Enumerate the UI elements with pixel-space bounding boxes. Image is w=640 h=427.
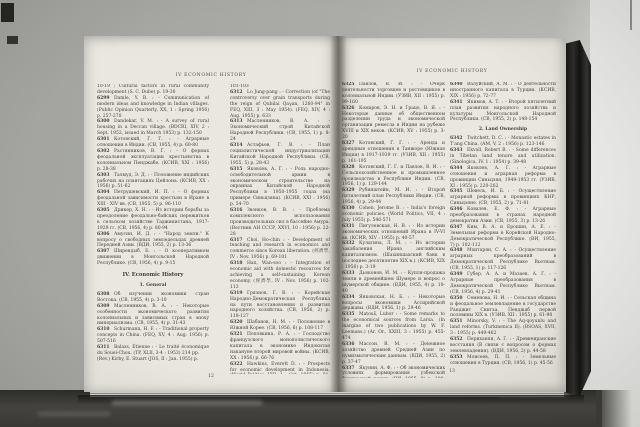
bib-entry: 6303Талмуд, Э. Д. : - Положение индийски… [97,173,209,191]
entry-number: 6299 [97,96,114,102]
entry-number: 6301 [97,137,114,143]
entry-number: 6312 [230,90,247,96]
bib-entry: 6348Мхитарян, С. А. : - Осуществление аг… [450,248,556,272]
entry-number: 6345 [450,189,467,195]
entry-number: 6311 [97,345,114,351]
entry-number: 6346 [450,207,467,213]
bib-entry: 6300Dandekar, V. M. : - A survey of rura… [97,119,209,137]
photo-artifact-mark [7,36,18,44]
bibliography-column: 6325Павлов, В. И. : - Очерк деятельности… [342,82,445,378]
bib-entry: 6341Якимов, А. Т. : - Второй пятилетний … [450,100,556,124]
entry-number: 6318 [230,261,247,267]
entry-number: 6319 [230,291,247,297]
photo-artifact-line [630,0,632,30]
entry-number: 6306 [97,232,114,238]
book-shadow [78,395,584,404]
bib-entry: 6327Котовский, Г. Г. : - Аренда и арендн… [342,141,445,165]
entry-number: 6322 [230,362,247,368]
entry-number: 6300 [97,119,114,125]
entry-number: 6351 [450,319,467,325]
bib-entry: 6301Котовский, Г. Г. : - Аграрные отноше… [97,137,209,149]
bib-entry: 6318Han, Wan-soo : - Integration of econ… [230,261,330,291]
entry-number: 6343 [450,148,467,154]
entry-number: 6313 [230,119,247,125]
bib-entry: 6342Twitchett, D. C. : - Monastic estate… [450,136,556,148]
bib-entry: 6350Семенова, Н. И. : - Сельская община … [450,296,556,320]
bib-entry: 6326Комаров, Э. Н. и Грацо, В. Я. : - Не… [342,106,445,141]
book-photo: IV ECONOMIC HISTORY 10-19 ; Cultural fac… [0,0,640,427]
bib-entry: 6334Янковская, Н. Б. : - Некоторые вопро… [342,295,445,313]
section-heading: IV. Economic History [97,273,209,279]
entry-number: 6340 [450,82,467,88]
bib-entry: 6347Ким, В. А. и Ерошин, А. Е. : - Земел… [450,225,556,249]
book-fore-edge [566,40,591,396]
section-heading: 1. General [97,283,209,289]
bib-entry: 6329Рубинштейн, М. И. : - Второй пятилет… [342,188,445,206]
running-head: IV ECONOMIC HISTORY [84,73,338,78]
entry-number: 6341 [450,100,467,106]
entry-number: 6315 [230,167,247,173]
bib-entry: 6349Губер, А. А. и Мазаев, А. Г. : - Агр… [450,272,556,296]
bib-entry: 6319Грязнов, Г. В. : - Корейская Народно… [230,291,330,321]
page-number: 13 [338,369,566,374]
entry-number: 6309 [97,304,114,310]
bib-entry: 6310Schurmann, H. F. : - Traditional pro… [97,327,209,345]
bib-entry: 6344Яковлев, А. Г. : - Аграрные отношени… [450,166,556,190]
bib-entry: 6315Яковлев, А. Г. : - Роль народно-осво… [230,167,330,208]
bib-entry: 6335Matouš, Lubor : - Some remarks to th… [342,312,445,342]
bib-entry: 6320Шабанов, Н. М. : - Положение в Южной… [230,320,330,332]
entry-number: 6352 [450,337,467,343]
bib-entry: 6322Hawkins, Everett D. : - Prospects fo… [230,362,330,374]
entry-number: 6353 [450,355,467,361]
entry-number: 6347 [450,225,467,231]
entry-number: 6320 [230,320,247,326]
bib-entry: 6325Павлов, В. И. : - Очерк деятельности… [342,82,445,106]
photo-artifact-mark [1,3,14,22]
entry-number: 6316 [230,208,247,214]
running-head: IV ECONOMIC HISTORY [338,69,566,74]
bib-entry: 6353Моисеев, П. П. : - Земельные отношен… [450,355,556,367]
entry-number: 6348 [450,248,467,254]
bib-entry: 6302Растянников, В. Г. : - О формах феод… [97,149,209,173]
bib-entry: 6346Ковалев, Е. Ф. : - Аграрные преобраз… [450,207,556,225]
bib-entry: 6351Minorsky, V. : - The Aq-qoyunlu and … [450,319,556,337]
photo-background-right [590,0,640,427]
bib-entry: 6307Ширендыб, Б. : - О кооперативном дви… [97,249,209,267]
bib-entry: 6330Cohen, Jerome B. : - India's foreign… [342,206,445,224]
bib-continuation: (Rev.) Kirby, E. Stuart (JOS, II : Jan. … [97,357,209,363]
bib-entry: 6332Кулагина, Л. М. : - Из истории закаб… [342,241,445,271]
bib-entry: 6308Об изучении экономики стран Востока.… [97,292,209,304]
page-left: IV ECONOMIC HISTORY 10-19 ; Cultural fac… [84,36,338,392]
entry-number: 6303 [97,173,114,179]
entry-number: 6350 [450,296,467,302]
entry-number: 6310 [97,327,114,333]
bib-entry: 6306Амусин, И. Д. : - "Народ земли." К в… [97,232,209,250]
bib-entry: 6305Дрикер, Х. Н. : - Из истории борьбы … [97,208,209,232]
bib-entry: 6299Damle, Y. B. : - Communication of mo… [97,96,209,120]
bib-entry: 6340Валуйский, А. М. : - О деятельности … [450,82,556,100]
bibliography-column: 6340Валуйский, А. М. : - О деятельности … [450,82,556,378]
entry-number: 6308 [97,292,114,298]
bibliography-column: 101-1036312Lo Jung-pang : - Correction (… [230,84,330,374]
bib-entry: 6312Lo Jung-pang : - Correction (of "The… [230,90,330,120]
table-surface-fade [596,390,632,427]
entry-number: 6321 [230,332,247,338]
entry-number: 6342 [450,136,467,142]
entry-number: 6317 [230,238,247,244]
entry-number: 6304 [97,190,114,196]
entry-number: 6344 [450,166,467,172]
bib-entry: 6331Пигулевская, Н. В. : - Из истории эк… [342,224,445,242]
bib-entry: 6352Периханян, А. Г. : - Древнеиранские … [450,337,556,355]
gutter-shadow [330,36,347,393]
bib-entry: 6316Звонков, В. В. : - Проблема комплекс… [230,208,330,238]
page-number: 12 [84,374,338,379]
bib-entry: 6311Balazs, Étienne : - Le traité économ… [97,345,209,357]
bib-entry: 6304Петрушевский, И. П. : - О формах фео… [97,190,209,208]
bib-entry: 6309Масленников, В. А. : - Некоторые осо… [97,304,209,328]
bib-entry: 6345Шевель, И. Б. : - Осуществление агра… [450,189,556,207]
page-right: IV ECONOMIC HISTORY 6325Павлов, В. И. : … [338,38,566,392]
entry-number: 6302 [97,149,114,155]
section-heading: 2. Land Ownership [450,127,556,133]
bib-entry: 6333Дьяконов, И. М. : - Купля-продажа зе… [342,271,445,295]
bib-entry: 6336Массон, В. М. : - Денежное хозяйство… [342,342,445,366]
entry-number: 6307 [97,249,114,255]
bib-entry: 6343Ekvall, Robert B. : - Some differenc… [450,148,556,166]
bib-entry: 6317Choi, Ho-chin : - Development of tea… [230,238,330,262]
bibliography-column: 10-19 ; Cultural factors in rural commun… [97,84,209,374]
bib-entry: 6328Котовский, Г. Г. и Павлов, В. И. : -… [342,165,445,189]
bib-entry: 6314Астафьев, Г. В. : - План социалистич… [230,143,330,167]
entry-number: 6314 [230,143,247,149]
bib-entry: 6321Поповкина, Р. А. : - Господство фран… [230,332,330,362]
bib-entry: 6313Масленников, В. А. : - Экономический… [230,119,330,143]
entry-number: 6349 [450,272,467,278]
table-smudge [38,412,110,416]
entry-number: 6305 [97,208,114,214]
bib-continuation: 10-19 ; Cultural factors in rural commun… [97,84,209,96]
